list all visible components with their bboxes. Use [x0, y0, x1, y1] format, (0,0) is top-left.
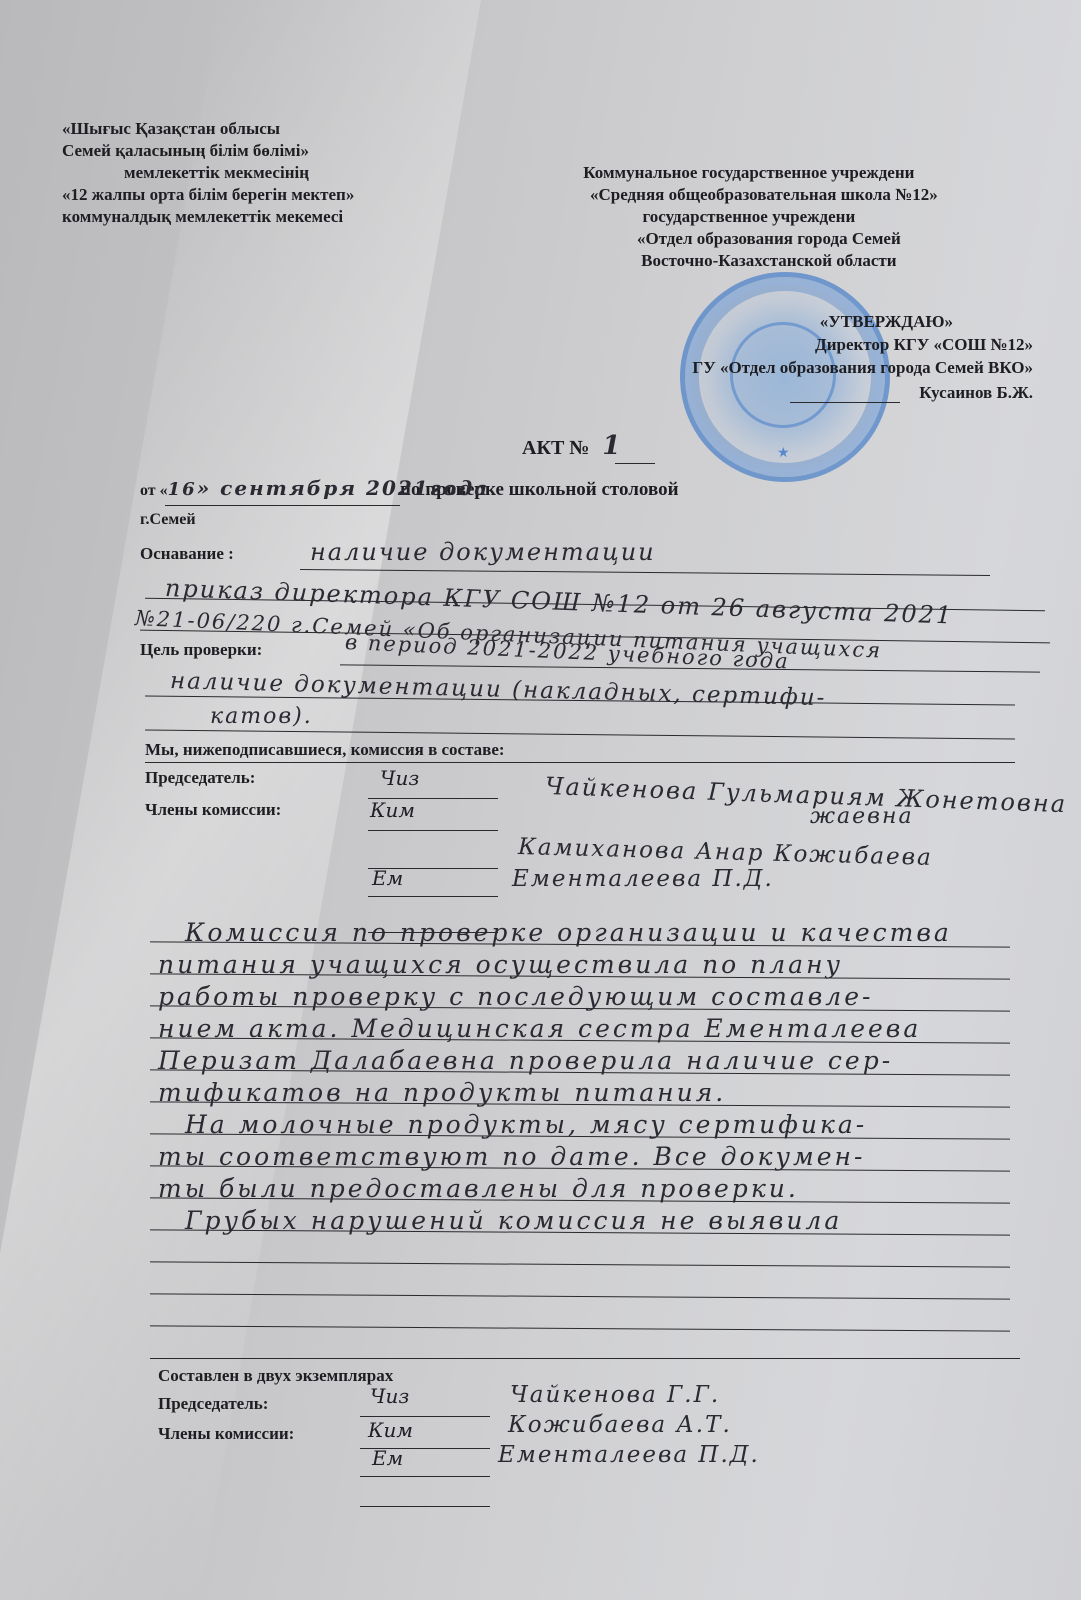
- footer-member-1: Кожибаева А.Т.: [508, 1412, 732, 1438]
- date-day: 16: [168, 479, 197, 500]
- header-kazakh-line: «Шығыс Қазақстан облысы: [62, 118, 354, 140]
- body-text-line: тификатов на продукты питания.: [158, 1078, 726, 1107]
- approval-signature-line: [790, 402, 900, 403]
- date-rest: » сентября 2021года: [197, 476, 489, 500]
- commission-chairman-name: Чайкенова Гульмариям Жонетовна: [545, 772, 1068, 818]
- commission-chairman-label: Председатель:: [145, 768, 255, 788]
- footer-member2-signature: Ем: [372, 1446, 403, 1470]
- header-russian-line: «Отдел образования города Семей: [560, 228, 938, 250]
- purpose-label: Цель проверки:: [140, 640, 262, 660]
- chairman-signature: Чиз: [380, 766, 419, 790]
- act-number-line: [615, 463, 655, 464]
- body-text-line: Грубых нарушений комиссия не выявила: [185, 1206, 842, 1235]
- footer-copies: Составлен в двух экземплярах: [158, 1366, 393, 1386]
- date-line: [165, 505, 400, 506]
- stamp-star-icon: ★: [777, 445, 790, 462]
- footer-chairman-signature: Чиз: [370, 1384, 409, 1408]
- body-text-line: Перизат Далабаевна проверила наличие сер…: [158, 1046, 893, 1075]
- footer-members-label: Члены комиссии:: [158, 1424, 294, 1444]
- header-kazakh-line: коммуналдық мемлекеттік мекемесі: [62, 206, 354, 228]
- date-prefix: от «: [140, 482, 168, 499]
- body-text-line: работы проверку с последующим составле-: [158, 982, 873, 1011]
- body-rule-line: [150, 1293, 1010, 1299]
- body-text-line: питания учащихся осуществила по плану: [158, 950, 843, 979]
- header-russian-line: государственное учреждени: [560, 206, 938, 228]
- act-date: от «16» сентября 2021года: [140, 478, 489, 501]
- header-kazakh-line: мемлекеттік мекмесінің: [62, 162, 354, 184]
- member2-signature: Ем: [372, 866, 403, 890]
- footer-chairman-line: [360, 1416, 490, 1417]
- approval-title: «УТВЕРЖДАЮ»: [692, 310, 953, 333]
- basis-line-1: наличие документации: [310, 538, 656, 566]
- member2-signature-line: [368, 896, 498, 897]
- footer-top-rule: [150, 1358, 1020, 1359]
- act-title: АКТ № 1: [522, 436, 622, 458]
- approval-name: Кусаинов Б.Ж.: [692, 381, 1033, 404]
- approval-department: ГУ «Отдел образования города Семей ВКО»: [692, 356, 1033, 379]
- commission-chairman-name-cont: жаевна: [810, 804, 914, 829]
- footer-chairman-name: Чайкенова Г.Г.: [510, 1382, 720, 1408]
- body-rule-line: [150, 1261, 1010, 1267]
- header-kazakh-line: Семей қаласының білім бөлімі»: [62, 140, 354, 162]
- footer-member3-line: [360, 1506, 490, 1507]
- header-russian-line: «Средняя общеобразовательная школа №12»: [560, 184, 938, 206]
- body-text-line: нием акта. Медицинская сестра Ементалеев…: [158, 1014, 921, 1043]
- body-text-line: ты соответствуют по дате. Все докумен-: [158, 1142, 865, 1171]
- footer-chairman-label: Председатель:: [158, 1394, 268, 1414]
- basis-underline-1: [300, 569, 990, 576]
- body-text-line: Комиссия по проверке организации и качес…: [185, 918, 952, 947]
- commission-members-label: Члены комиссии:: [145, 800, 281, 820]
- purpose-underline-3: [145, 729, 1015, 739]
- commission-intro-underline: [145, 762, 1015, 763]
- body-text-line: На молочные продукты, мясу сертифика-: [185, 1110, 867, 1139]
- header-kazakh-line: «12 жалпы орта білім берегін мектеп»: [62, 184, 354, 206]
- member1-signature: Ким: [370, 798, 415, 822]
- footer-member-2: Ементалеева П.Д.: [498, 1442, 760, 1468]
- member1-signature-line: [368, 830, 498, 831]
- footer-member1-signature: Ким: [368, 1418, 413, 1442]
- act-title-prefix: АКТ №: [522, 437, 589, 459]
- header-russian: Коммунальное государственное учреждени «…: [560, 162, 938, 272]
- basis-label: Оснавание :: [140, 544, 234, 564]
- body-rule-line: [150, 1325, 1010, 1331]
- commission-intro: Мы, нижеподписавшиеся, комиссия в состав…: [145, 740, 505, 760]
- approval-director: Директор КГУ «СОШ №12»: [692, 333, 1033, 356]
- act-city: г.Семей: [140, 510, 196, 530]
- commission-member-2: Ементалеева П.Д.: [512, 866, 774, 892]
- header-russian-line: Коммунальное государственное учреждени: [560, 162, 938, 184]
- act-number: 1: [602, 431, 622, 461]
- footer-member2-line: [360, 1476, 490, 1477]
- purpose-line-2: катов).: [210, 704, 313, 729]
- body-text-line: ты были предоставлены для проверки.: [158, 1174, 799, 1203]
- header-russian-line: Восточно-Казахстанской области: [560, 250, 938, 272]
- approval-block: «УТВЕРЖДАЮ» Директор КГУ «СОШ №12» ГУ «О…: [692, 310, 1033, 404]
- header-kazakh: «Шығыс Қазақстан облысы Семей қаласының …: [62, 118, 354, 228]
